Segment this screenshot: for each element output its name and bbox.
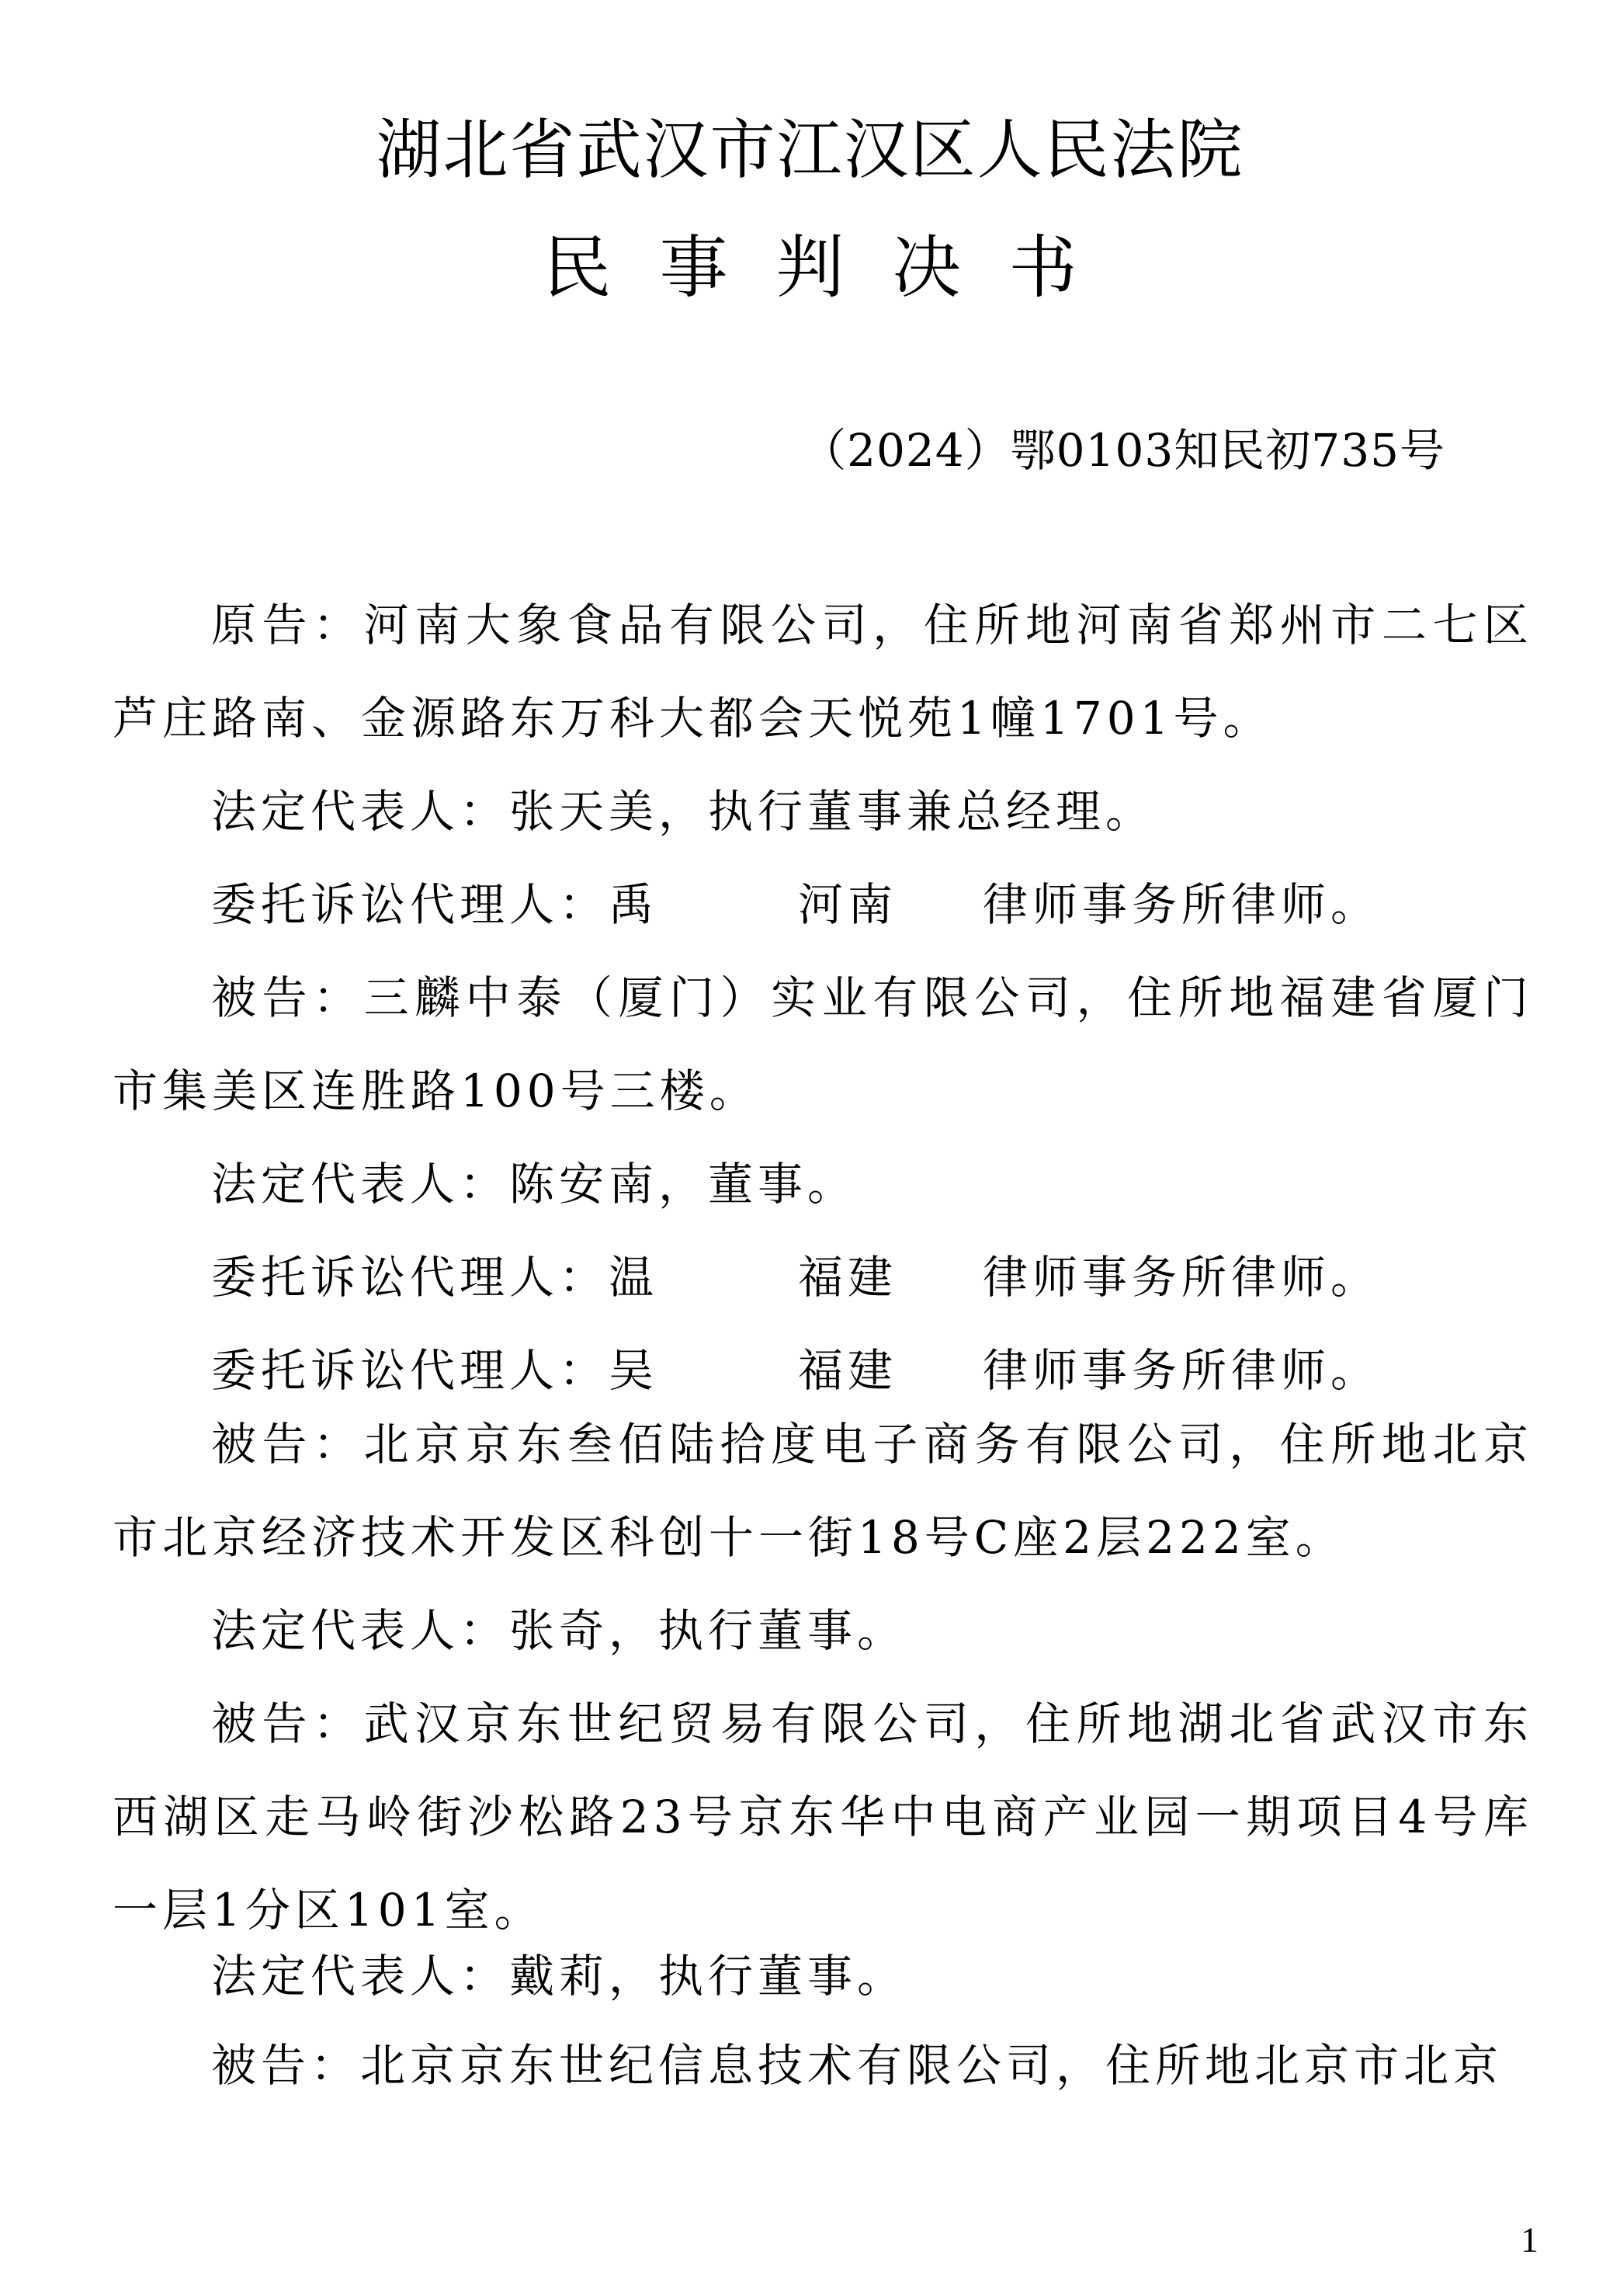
defendant-1-legal-rep: 法定代表人：陈安南，董事。 — [113, 1138, 1533, 1231]
agent-label: 委托诉讼代理人： — [211, 1251, 609, 1304]
agent-firm-prefix: 福建 — [798, 1344, 897, 1397]
agent-firm-suffix: 律师事务所律师。 — [983, 1344, 1380, 1397]
court-name: 湖北省武汉市江汉区人民法院 — [0, 107, 1620, 193]
defendant-3-paragraph: 被告：武汉京东世纪贸易有限公司，住所地湖北省武汉市东西湖区走马岭街沙松路23号京… — [113, 1677, 1533, 1957]
agent-name: 温 — [609, 1251, 658, 1304]
agent-name: 吴 — [609, 1344, 658, 1397]
defendant-3-legal-rep: 法定代表人：戴莉，执行董事。 — [113, 1930, 1533, 2023]
defendant-1-paragraph: 被告：三麟中泰（厦门）实业有限公司，住所地福建省厦门市集美区连胜路100号三楼。 — [113, 951, 1533, 1138]
defendant-2-legal-rep: 法定代表人：张奇，执行董事。 — [113, 1584, 1533, 1677]
agent-name: 禹 — [609, 878, 658, 931]
plaintiff-agent: 委托诉讼代理人：禹河南律师事务所律师。 — [113, 858, 1533, 951]
agent-label: 委托诉讼代理人： — [211, 1344, 609, 1397]
document-title: 民事判决书 — [0, 225, 1620, 311]
plaintiff-paragraph: 原告：河南大象食品有限公司，住所地河南省郑州市二七区芦庄路南、金源路东万科大都会… — [113, 578, 1533, 765]
agent-firm-prefix: 河南 — [798, 878, 897, 931]
page-number: 1 — [1521, 2217, 1538, 2263]
defendant-4-paragraph: 被告：北京京东世纪信息技术有限公司，住所地北京市北京 — [113, 2019, 1533, 2112]
agent-firm-suffix: 律师事务所律师。 — [983, 878, 1380, 931]
case-number: （2024）鄂0103知民初735号 — [801, 415, 1445, 485]
defendant-1-agent-1: 委托诉讼代理人：温福建律师事务所律师。 — [113, 1231, 1533, 1324]
agent-firm-prefix: 福建 — [798, 1251, 897, 1304]
plaintiff-legal-rep: 法定代表人：张天美，执行董事兼总经理。 — [113, 765, 1533, 858]
defendant-2-paragraph: 被告：北京京东叁佰陆拾度电子商务有限公司，住所地北京市北京经济技术开发区科创十一… — [113, 1398, 1533, 1584]
agent-firm-suffix: 律师事务所律师。 — [983, 1251, 1380, 1304]
agent-label: 委托诉讼代理人： — [211, 878, 609, 931]
